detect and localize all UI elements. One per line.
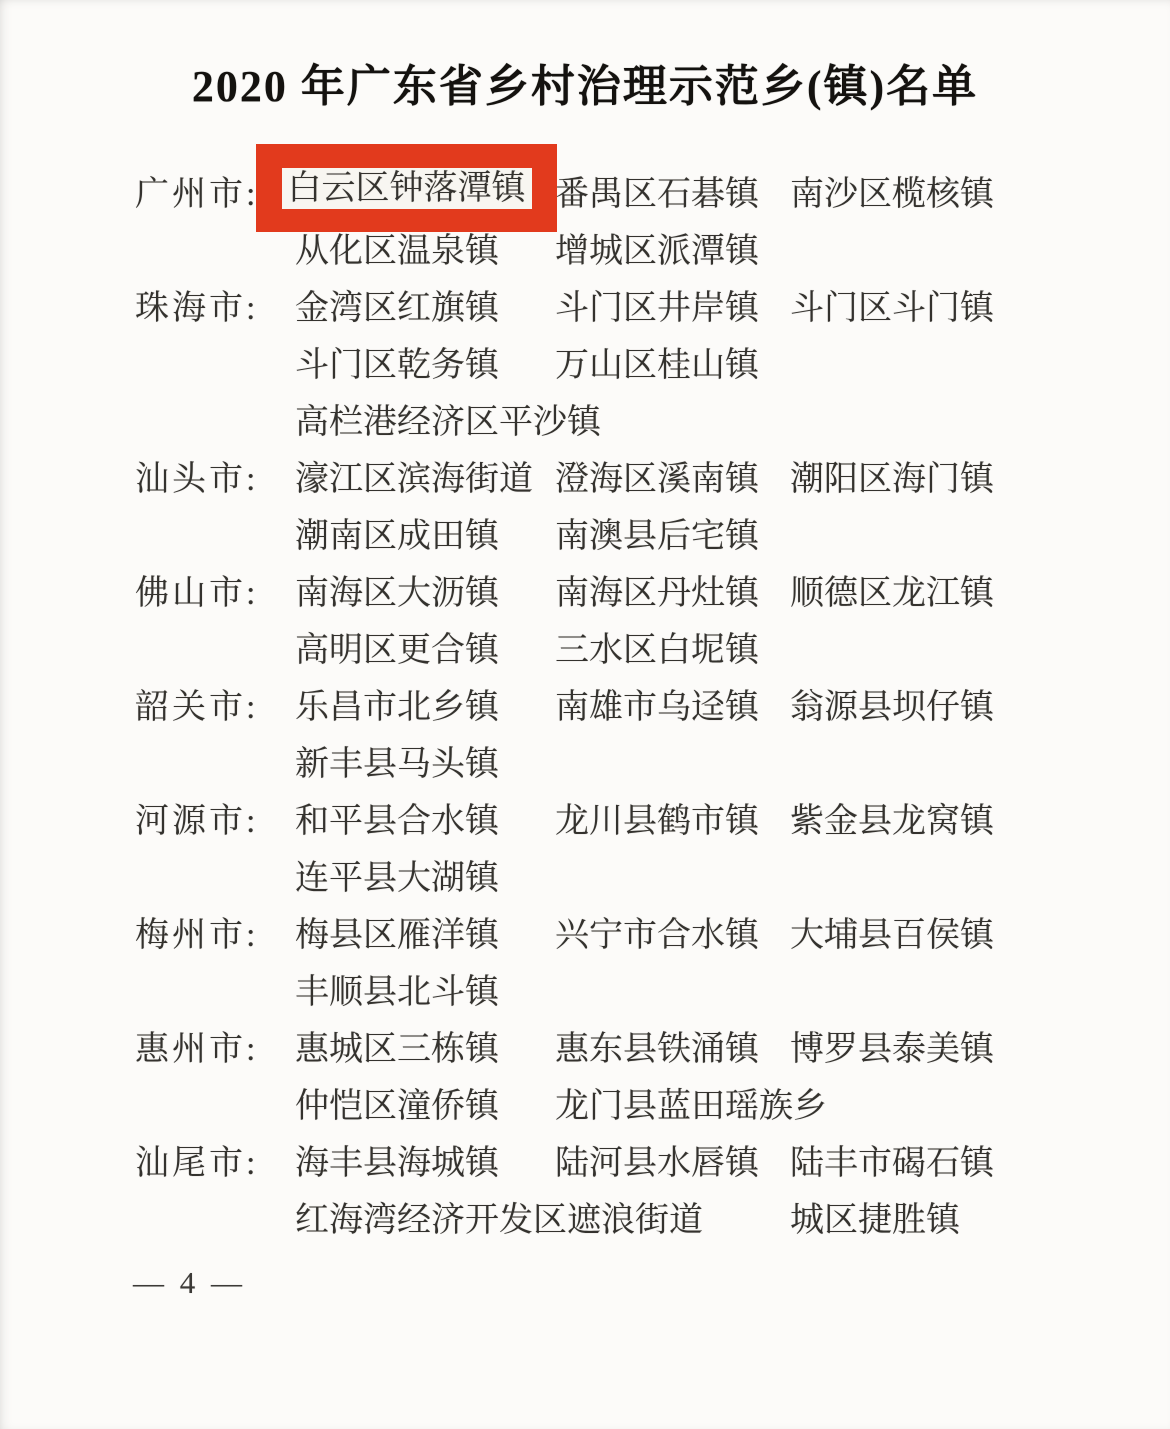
list-row: 韶关市: 乐昌市北乡镇 南雄市乌迳镇 翁源县坝仔镇: [0, 679, 1170, 736]
list-row: 高栏港经济区平沙镇: [0, 394, 1170, 451]
town-name: 红海湾经济开发区遮浪街道: [295, 1192, 703, 1249]
town-name: 番禺区石碁镇: [555, 166, 759, 223]
city-label: 梅州市:: [135, 907, 258, 964]
town-name: 大埔县百侯镇: [790, 907, 994, 964]
list-row: 红海湾经济开发区遮浪街道 城区捷胜镇: [0, 1192, 1170, 1249]
list-row: 潮南区成田镇 南澳县后宅镇: [0, 508, 1170, 565]
list-row: 连平县大湖镇: [0, 850, 1170, 907]
list-row: 斗门区乾务镇 万山区桂山镇: [0, 337, 1170, 394]
town-name: 陆丰市碣石镇: [790, 1135, 994, 1192]
page-number: — 4 —: [133, 1265, 246, 1301]
city-label: 佛山市:: [135, 565, 258, 622]
list-row: 汕尾市: 海丰县海城镇 陆河县水唇镇 陆丰市碣石镇: [0, 1135, 1170, 1192]
town-name: 三水区白坭镇: [555, 622, 759, 679]
town-name: 南沙区榄核镇: [790, 166, 994, 223]
town-name: 博罗县泰美镇: [790, 1021, 994, 1078]
list-row: 惠州市: 惠城区三栋镇 惠东县铁涌镇 博罗县泰美镇: [0, 1021, 1170, 1078]
town-name: 乐昌市北乡镇: [295, 679, 499, 736]
city-label: 珠海市:: [135, 280, 258, 337]
list-row: 新丰县马头镇: [0, 736, 1170, 793]
list-row: 珠海市: 金湾区红旗镇 斗门区井岸镇 斗门区斗门镇: [0, 280, 1170, 337]
town-name: 斗门区斗门镇: [790, 280, 994, 337]
town-name: 翁源县坝仔镇: [790, 679, 994, 736]
city-label: 广州市:: [135, 166, 258, 223]
highlighted-town-name: 白云区钟落潭镇: [282, 168, 532, 209]
town-name: 万山区桂山镇: [555, 337, 759, 394]
list-row: 从化区温泉镇 增城区派潭镇: [0, 223, 1170, 280]
town-name: 惠东县铁涌镇: [555, 1021, 759, 1078]
document-page: 2020 年广东省乡村治理示范乡(镇)名单 广州市: 白云区钟落潭镇 番禺区石碁…: [0, 0, 1170, 1429]
town-name: 海丰县海城镇: [295, 1135, 499, 1192]
town-name: 澄海区溪南镇: [555, 451, 759, 508]
town-name: 斗门区井岸镇: [555, 280, 759, 337]
town-name: 顺德区龙江镇: [790, 565, 994, 622]
list-row: 丰顺县北斗镇: [0, 964, 1170, 1021]
town-name: 紫金县龙窝镇: [790, 793, 994, 850]
list-row: 广州市: 白云区钟落潭镇 番禺区石碁镇 南沙区榄核镇: [0, 166, 1170, 223]
town-name: 和平县合水镇: [295, 793, 499, 850]
city-label: 汕尾市:: [135, 1135, 258, 1192]
city-label: 河源市:: [135, 793, 258, 850]
list-row: 河源市: 和平县合水镇 龙川县鹤市镇 紫金县龙窝镇: [0, 793, 1170, 850]
town-name: 龙川县鹤市镇: [555, 793, 759, 850]
list-row: 高明区更合镇 三水区白坭镇: [0, 622, 1170, 679]
list-row: 梅州市: 梅县区雁洋镇 兴宁市合水镇 大埔县百侯镇: [0, 907, 1170, 964]
town-name: 惠城区三栋镇: [295, 1021, 499, 1078]
town-name: 连平县大湖镇: [295, 850, 499, 907]
town-list: 广州市: 白云区钟落潭镇 番禺区石碁镇 南沙区榄核镇 从化区温泉镇 增城区派潭镇…: [0, 166, 1170, 1249]
town-name: 濠江区滨海街道: [295, 451, 533, 508]
highlight-red-box: 白云区钟落潭镇: [256, 144, 557, 232]
town-name: 丰顺县北斗镇: [295, 964, 499, 1021]
town-name: 梅县区雁洋镇: [295, 907, 499, 964]
town-name: 高栏港经济区平沙镇: [295, 394, 601, 451]
town-name: 金湾区红旗镇: [295, 280, 499, 337]
town-name: 兴宁市合水镇: [555, 907, 759, 964]
town-name: 高明区更合镇: [295, 622, 499, 679]
list-row: 佛山市: 南海区大沥镇 南海区丹灶镇 顺德区龙江镇: [0, 565, 1170, 622]
town-name: 龙门县蓝田瑶族乡: [555, 1078, 827, 1135]
town-name: 增城区派潭镇: [555, 223, 759, 280]
town-name: 潮阳区海门镇: [790, 451, 994, 508]
town-name: 南海区丹灶镇: [555, 565, 759, 622]
town-name: 潮南区成田镇: [295, 508, 499, 565]
list-row: 汕头市: 濠江区滨海街道 澄海区溪南镇 潮阳区海门镇: [0, 451, 1170, 508]
town-name: 南澳县后宅镇: [555, 508, 759, 565]
city-label: 汕头市:: [135, 451, 258, 508]
town-name: 仲恺区潼侨镇: [295, 1078, 499, 1135]
town-name: 斗门区乾务镇: [295, 337, 499, 394]
list-row: 仲恺区潼侨镇 龙门县蓝田瑶族乡: [0, 1078, 1170, 1135]
city-label: 韶关市:: [135, 679, 258, 736]
town-name: 陆河县水唇镇: [555, 1135, 759, 1192]
page-title: 2020 年广东省乡村治理示范乡(镇)名单: [0, 50, 1170, 114]
town-name: 城区捷胜镇: [790, 1192, 960, 1249]
town-name: 南雄市乌迳镇: [555, 679, 759, 736]
town-name: 南海区大沥镇: [295, 565, 499, 622]
city-label: 惠州市:: [135, 1021, 258, 1078]
town-name: 新丰县马头镇: [295, 736, 499, 793]
